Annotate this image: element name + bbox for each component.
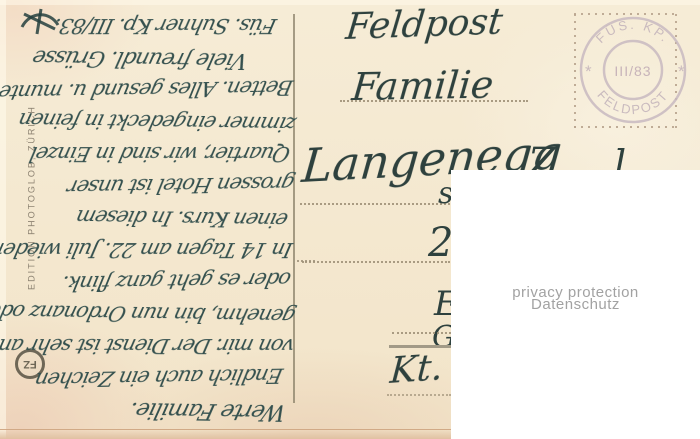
privacy-overlay-text-de: Datenschutz	[451, 298, 700, 312]
handwritten-message: Werte Familie. Endlich auch ein Zeichen …	[6, 8, 296, 426]
privacy-overlay: privacy protection Datenschutz	[451, 170, 700, 439]
message-line: von mir. Der Dienst ist sehr an	[2, 330, 297, 362]
kanton-line-bottom	[387, 394, 451, 396]
scan-edge-top	[0, 0, 700, 5]
address-line-2	[300, 203, 450, 205]
feldpost-postmark: FÜS. KP. FELDPOST III/83 * *	[578, 15, 688, 125]
message-line: Endlich auch ein Zeichen	[2, 360, 286, 397]
address-feldpost: Feldpost	[344, 1, 505, 48]
message-line: oder es geht ganz flink.	[2, 264, 294, 301]
ink-scribble-mark	[20, 7, 62, 37]
message-line: zimmer eingedeckt in feinen	[3, 104, 300, 141]
message-line: grossen Hotel ist unser	[2, 167, 298, 204]
postmark-feldpost-text: FELDPOST	[594, 87, 671, 117]
message-line: einen Kurs. In diesem	[3, 200, 292, 236]
message-line: Betten. Alles gesund u. munter.	[2, 72, 296, 109]
message-line: In 14 Tagen am 22. Juli wieder	[2, 234, 295, 266]
postmark-star-left: *	[585, 62, 592, 81]
svg-text:FELDPOST: FELDPOST	[594, 87, 671, 117]
message-line: Werte Familie.	[3, 392, 290, 428]
message-line: Viele freundl. Grüsse	[3, 40, 252, 76]
kanton-line-top	[392, 332, 451, 334]
message-line: Quartier, wir sind in Einzel	[2, 138, 293, 170]
address-familie: Familie	[350, 63, 495, 110]
message-line: genehm, bin nun Ordonanz oder	[3, 296, 300, 333]
address-line-3	[302, 261, 450, 263]
postmark-date-text: III/83	[614, 63, 651, 79]
address-fragment-2: 2	[428, 220, 453, 266]
postcard-scan: EDITION PHOTOGLOB, ZÜRICH Werte Familie.…	[0, 0, 700, 439]
address-line-1	[340, 100, 528, 102]
postmark-star-right: *	[678, 62, 685, 81]
